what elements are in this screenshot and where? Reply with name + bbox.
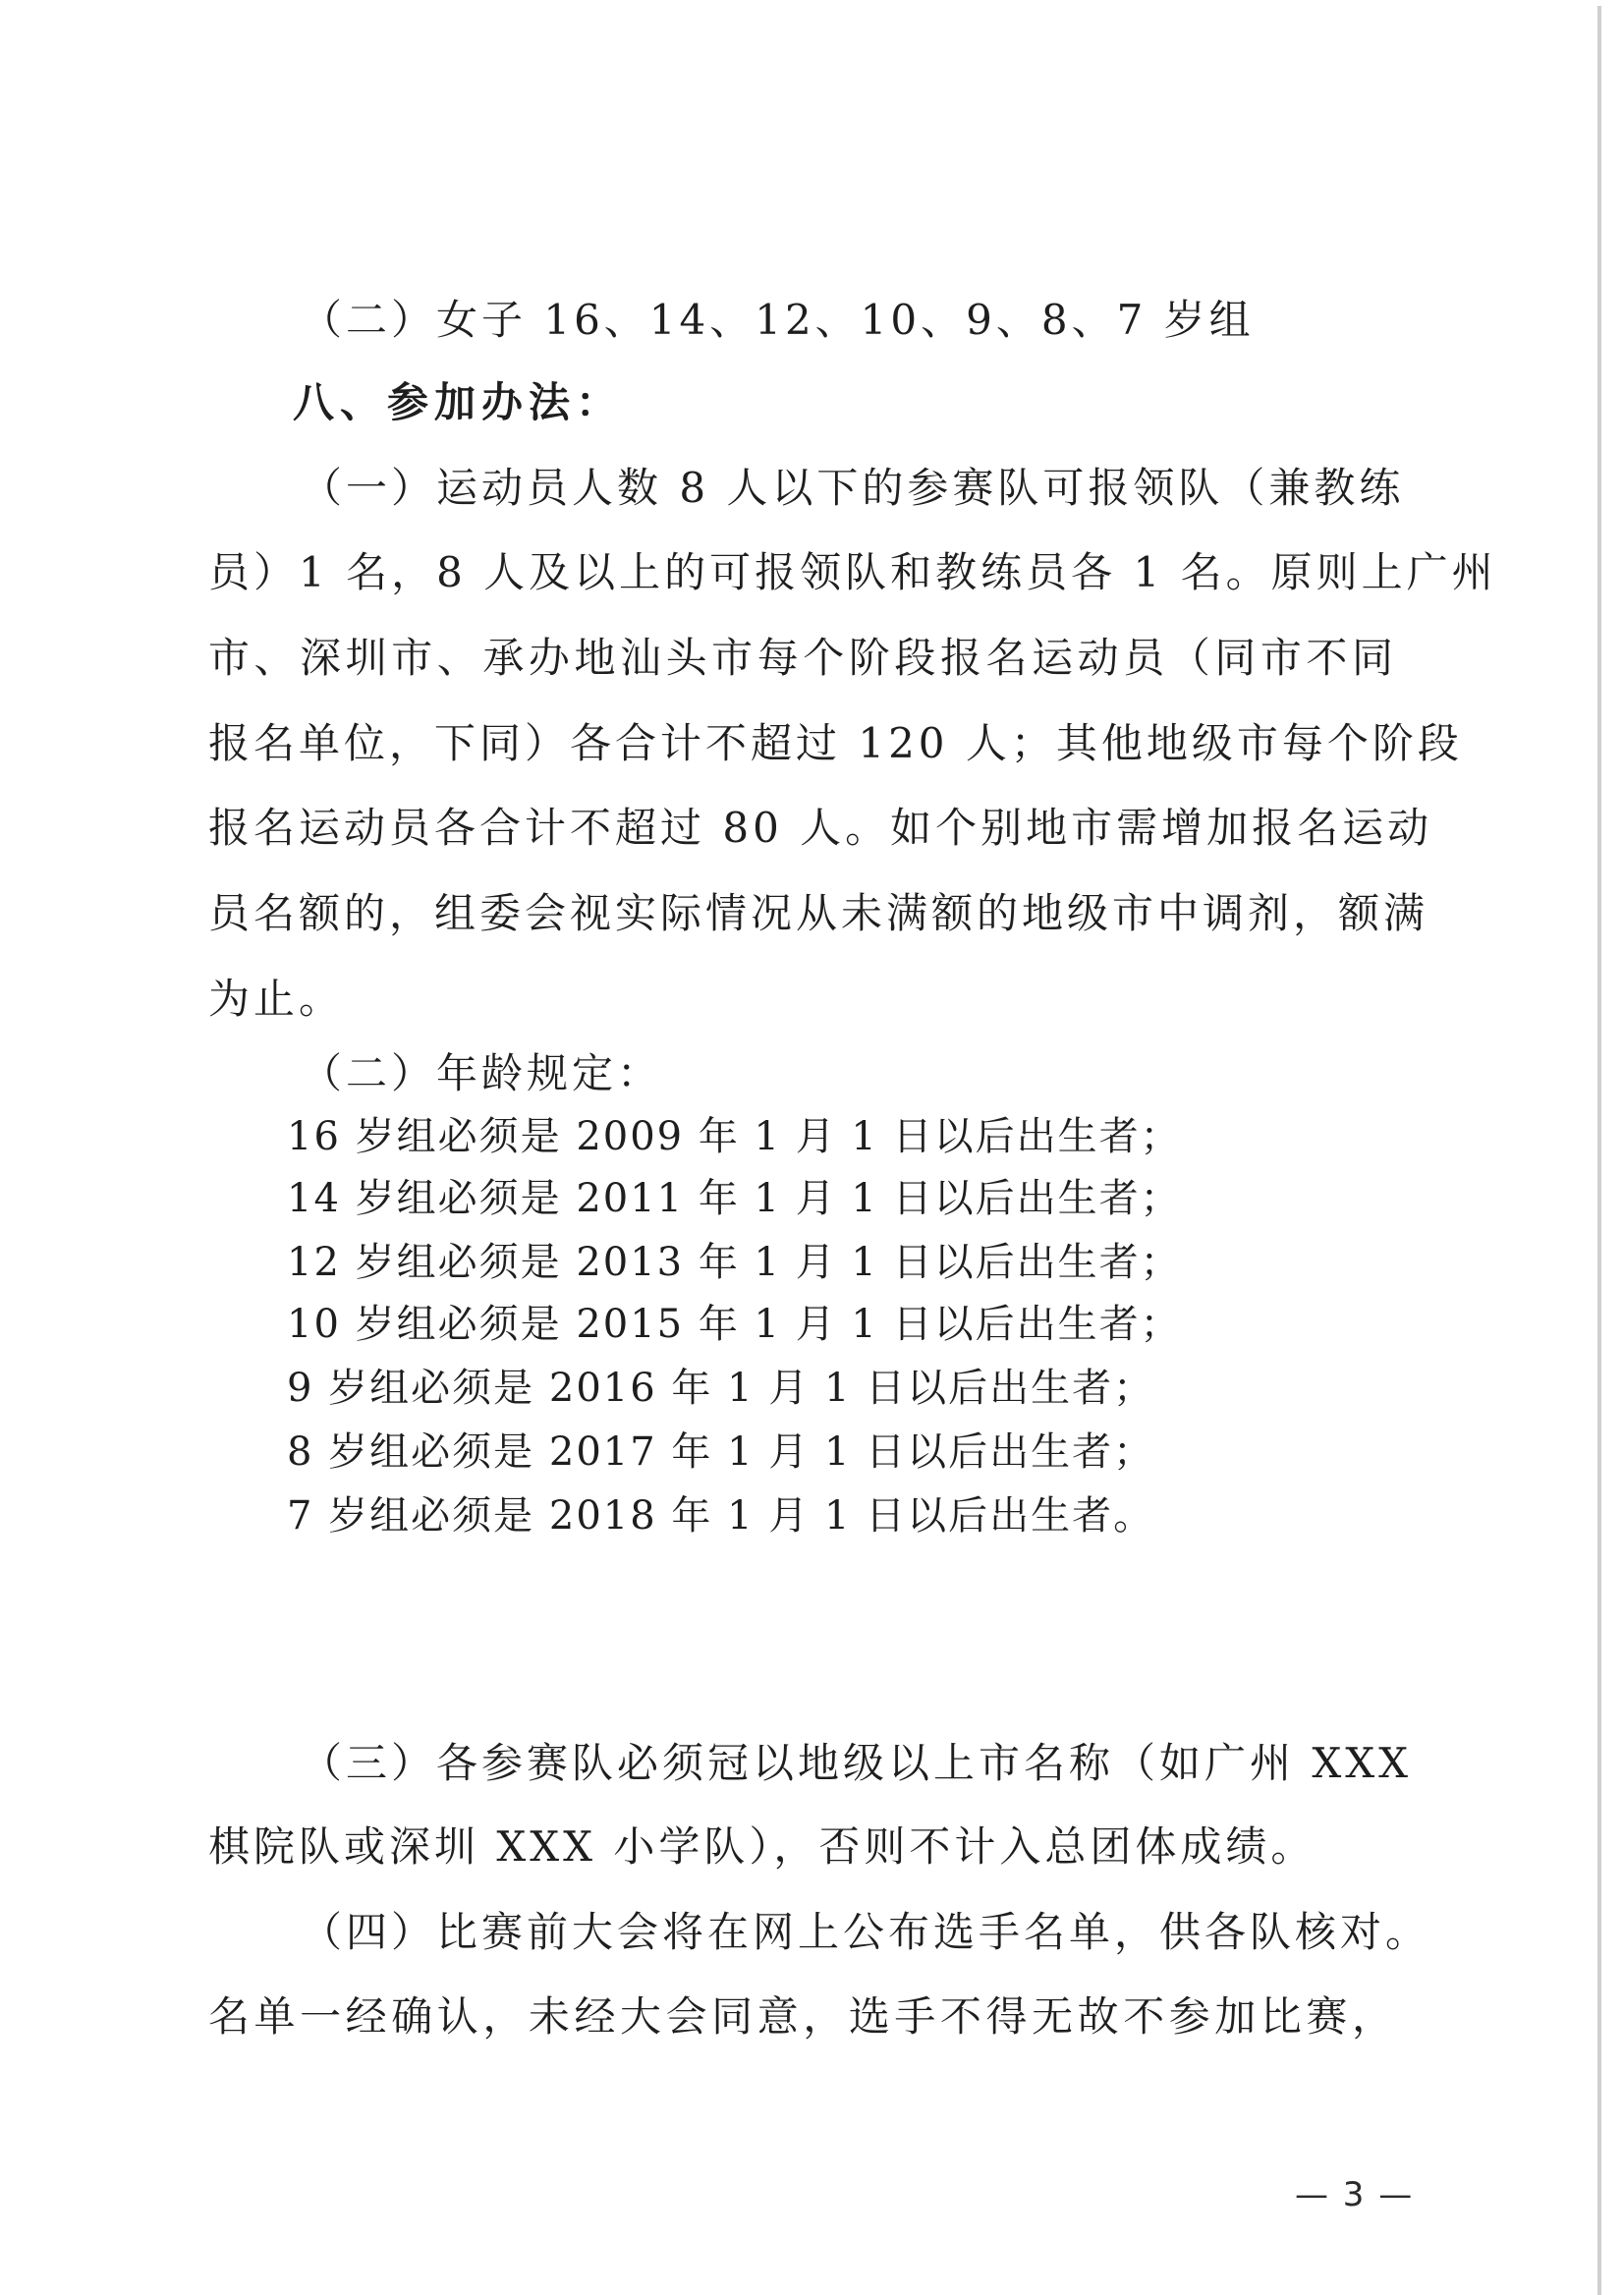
age-rule-10: 10 岁组必须是 2015 年 1 月 1 日以后出生者； xyxy=(287,1295,1182,1354)
subheading-age-rules: （二）年龄规定： xyxy=(301,1044,1397,1103)
paragraph-1-line-7: 为止。 xyxy=(208,970,1397,1029)
paragraph-4-line-1: （四）比赛前大会将在网上公布选手名单，供各队核对。 xyxy=(301,1903,1397,1962)
section-heading-participation: 八、参加办法： xyxy=(293,373,623,432)
paragraph-1-line-5: 报名运动员各合计不超过 80 人。如个别地市需增加报名运动 xyxy=(208,799,1397,858)
age-rule-9: 9 岁组必须是 2016 年 1 月 1 日以后出生者； xyxy=(287,1359,1154,1418)
paragraph-1-line-1: （一）运动员人数 8 人以下的参赛队可报领队（兼教练 xyxy=(301,459,1397,518)
paragraph-4-line-2: 名单一经确认，未经大会同意，选手不得无故不参加比赛， xyxy=(208,1987,1397,2046)
paragraph-1-line-2: 员）1 名，8 人及以上的可报领队和教练员各 1 名。原则上广州 xyxy=(208,543,1397,602)
document-page: （二）女子 16、14、12、10、9、8、7 岁组 八、参加办法： （一）运动… xyxy=(0,0,1624,2295)
paragraph-1-line-3: 市、深圳市、承办地汕头市每个阶段报名运动员（同市不同 xyxy=(208,629,1397,688)
age-rule-14: 14 岁组必须是 2011 年 1 月 1 日以后出生者； xyxy=(287,1169,1182,1228)
paragraph-3-line-2: 棋院队或深圳 XXX 小学队），否则不计入总团体成绩。 xyxy=(208,1818,1397,1876)
age-rule-7: 7 岁组必须是 2018 年 1 月 1 日以后出生者。 xyxy=(287,1486,1154,1545)
paragraph-3-line-1: （三）各参赛队必须冠以地级以上市名称（如广州 XXX xyxy=(301,1734,1397,1793)
paragraph-1-line-6: 员名额的，组委会视实际情况从未满额的地级市中调剂，额满 xyxy=(208,884,1397,943)
paragraph-women-groups: （二）女子 16、14、12、10、9、8、7 岁组 xyxy=(301,291,1397,350)
page-number: — 3 — xyxy=(1295,2173,1414,2216)
age-rule-12: 12 岁组必须是 2013 年 1 月 1 日以后出生者； xyxy=(287,1233,1182,1292)
age-rule-8: 8 岁组必须是 2017 年 1 月 1 日以后出生者； xyxy=(287,1423,1154,1482)
scan-edge-line xyxy=(1597,6,1601,2295)
paragraph-1-line-4: 报名单位，下同）各合计不超过 120 人；其他地级市每个阶段 xyxy=(208,714,1397,773)
age-rule-16: 16 岁组必须是 2009 年 1 月 1 日以后出生者； xyxy=(287,1107,1182,1166)
